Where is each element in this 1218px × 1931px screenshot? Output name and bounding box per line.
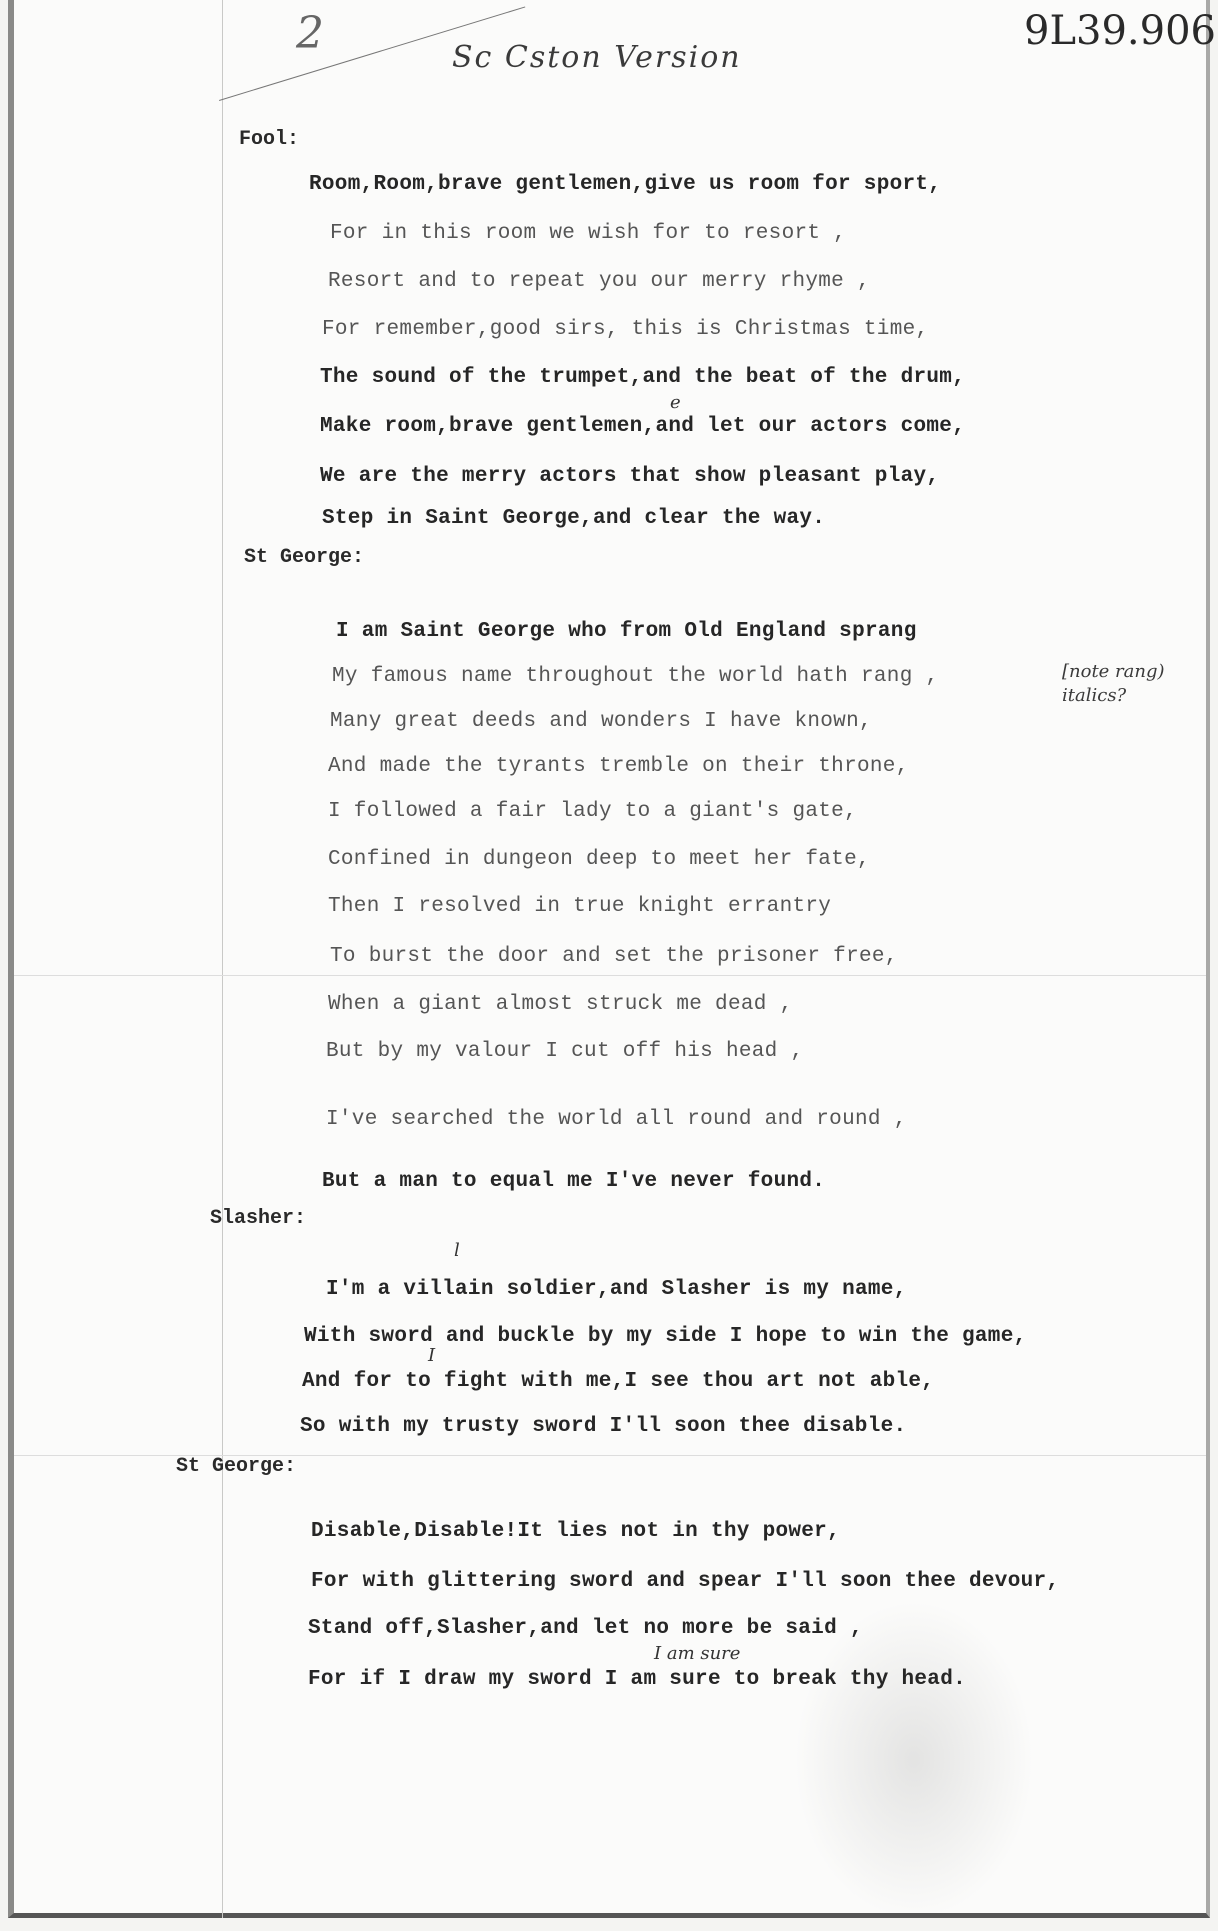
verse-line: To burst the door and set the prisoner f… (330, 945, 898, 968)
verse-line: And for to fight with me,I see thou art … (302, 1370, 934, 1393)
verse-line: But by my valour I cut off his head , (326, 1040, 803, 1063)
verse-line: I've searched the world all round and ro… (326, 1108, 907, 1131)
speaker-label: Fool: (239, 128, 299, 151)
verse-line: For remember,good sirs, this is Christma… (322, 318, 928, 341)
speaker-label: St George: (244, 546, 364, 569)
verse-line: Disable,Disable!It lies not in thy power… (311, 1520, 840, 1543)
verse-line: With sword and buckle by my side I hope … (304, 1325, 1027, 1348)
verse-line: I followed a fair lady to a giant's gate… (328, 800, 857, 823)
margin-rule (222, 0, 223, 1918)
verse-line: When a giant almost struck me dead , (328, 993, 792, 1016)
handwritten-insertion: l (454, 1240, 460, 1261)
verse-line: Step in Saint George,and clear the way. (322, 507, 825, 530)
verse-line: We are the merry actors that show pleasa… (320, 465, 939, 488)
verse-line: Make room,brave gentlemen,and let our ac… (320, 415, 965, 438)
verse-line: I am Saint George who from Old England s… (336, 620, 917, 643)
verse-line: I'm a villain soldier,and Slasher is my … (326, 1278, 907, 1301)
verse-line: And made the tyrants tremble on their th… (328, 755, 909, 778)
version-title: Sc Cston Version (452, 40, 742, 75)
stain (794, 1600, 1034, 1920)
handwritten-insertion: e (670, 392, 681, 413)
fold-line (14, 975, 1206, 976)
verse-line: Many great deeds and wonders I have know… (330, 710, 872, 733)
verse-line: The sound of the trumpet,and the beat of… (320, 366, 965, 389)
speaker-label: St George: (176, 1455, 296, 1478)
handwritten-insertion: I (428, 1345, 435, 1366)
verse-line: Stand off,Slasher,and let no more be sai… (308, 1617, 863, 1640)
verse-line: Resort and to repeat you our merry rhyme… (328, 270, 870, 293)
speaker-label: Slasher: (210, 1207, 306, 1230)
verse-line: For in this room we wish for to resort , (330, 222, 846, 245)
document-page: 2 Sc Cston Version 9L39.906 [note rang) … (8, 0, 1210, 1918)
margin-note: [note rang) italics? (1062, 660, 1182, 708)
catalog-number: 9L39.906 (1024, 8, 1216, 54)
verse-line: But a man to equal me I've never found. (322, 1170, 825, 1193)
verse-line: Confined in dungeon deep to meet her fat… (328, 848, 870, 871)
verse-line: Then I resolved in true knight errantry (328, 895, 831, 918)
verse-line: For with glittering sword and spear I'll… (311, 1570, 1059, 1593)
handwritten-insertion: I am sure (654, 1643, 740, 1664)
page-number: 2 (296, 8, 324, 59)
verse-line: Room,Room,brave gentlemen,give us room f… (309, 173, 941, 196)
verse-line: My famous name throughout the world hath… (332, 665, 938, 688)
verse-line: So with my trusty sword I'll soon thee d… (300, 1415, 906, 1438)
verse-line: For if I draw my sword I am sure to brea… (308, 1668, 966, 1691)
